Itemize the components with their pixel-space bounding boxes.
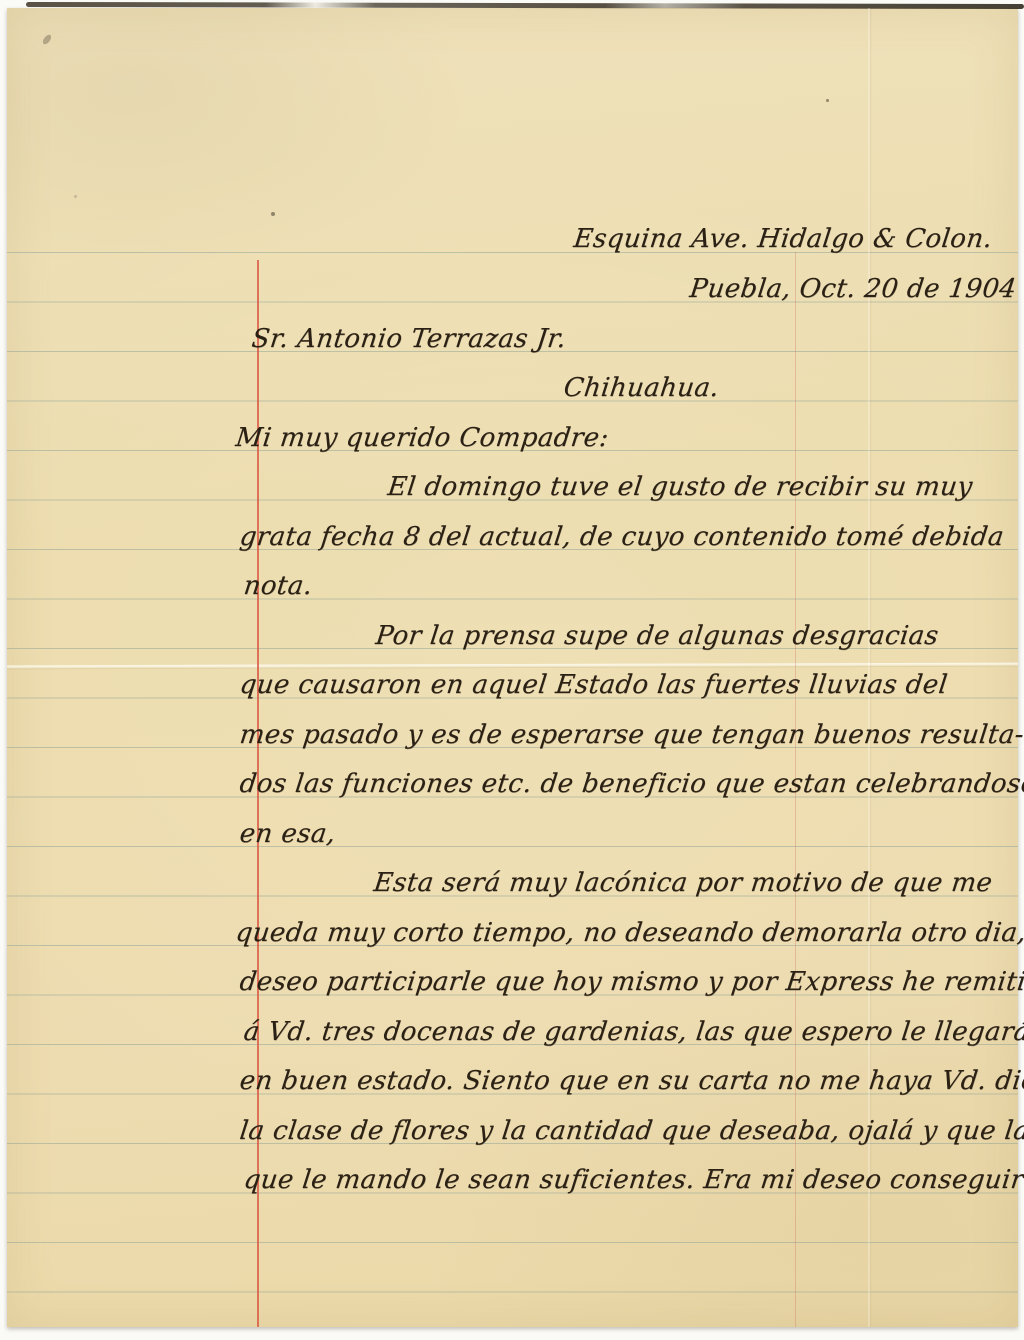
recipient-city-line: Chihuahua. — [562, 373, 721, 403]
scanned-letter-page: Esquina Ave. Hidalgo & Colon. Puebla, Oc… — [0, 0, 1024, 1340]
body-line: El domingo tuve el gusto de recibir su m… — [386, 472, 974, 502]
body-line: Esta será muy lacónica por motivo de que… — [372, 868, 994, 898]
body-line: queda muy corto tiempo, no deseando demo… — [234, 918, 1024, 948]
body-line: en esa, — [238, 819, 337, 849]
body-line: deseo participarle que hoy mismo y por E… — [238, 967, 1024, 997]
body-line: en buen estado. Siento que en su carta n… — [238, 1066, 1024, 1096]
body-line: Por la prensa supe de algunas desgracias — [374, 621, 940, 651]
body-line: á Vd. tres docenas de gardenias, las que… — [242, 1017, 1024, 1047]
body-line: la clase de flores y la cantidad que des… — [238, 1116, 1024, 1146]
body-line: mes pasado y es de esperarse que tengan … — [238, 720, 1024, 750]
salutation-line: Mi muy querido Compadre: — [234, 423, 610, 453]
ink-speck — [74, 195, 77, 198]
ink-speck — [826, 99, 829, 102]
body-line: que le mando le sean suficientes. Era mi… — [242, 1165, 1024, 1195]
recipient-name-line: Sr. Antonio Terrazas Jr. — [250, 324, 568, 354]
body-line: que causaron en aquel Estado las fuertes… — [238, 670, 949, 700]
date-line: Puebla, Oct. 20 de 1904 — [688, 274, 1018, 304]
body-line: dos las funciones etc. de beneficio que … — [238, 769, 1024, 799]
sender-address-line: Esquina Ave. Hidalgo & Colon. — [572, 224, 994, 254]
body-line: grata fecha 8 del actual, de cuyo conten… — [238, 522, 1006, 552]
body-line: nota. — [242, 571, 314, 601]
ink-speck — [271, 212, 275, 216]
